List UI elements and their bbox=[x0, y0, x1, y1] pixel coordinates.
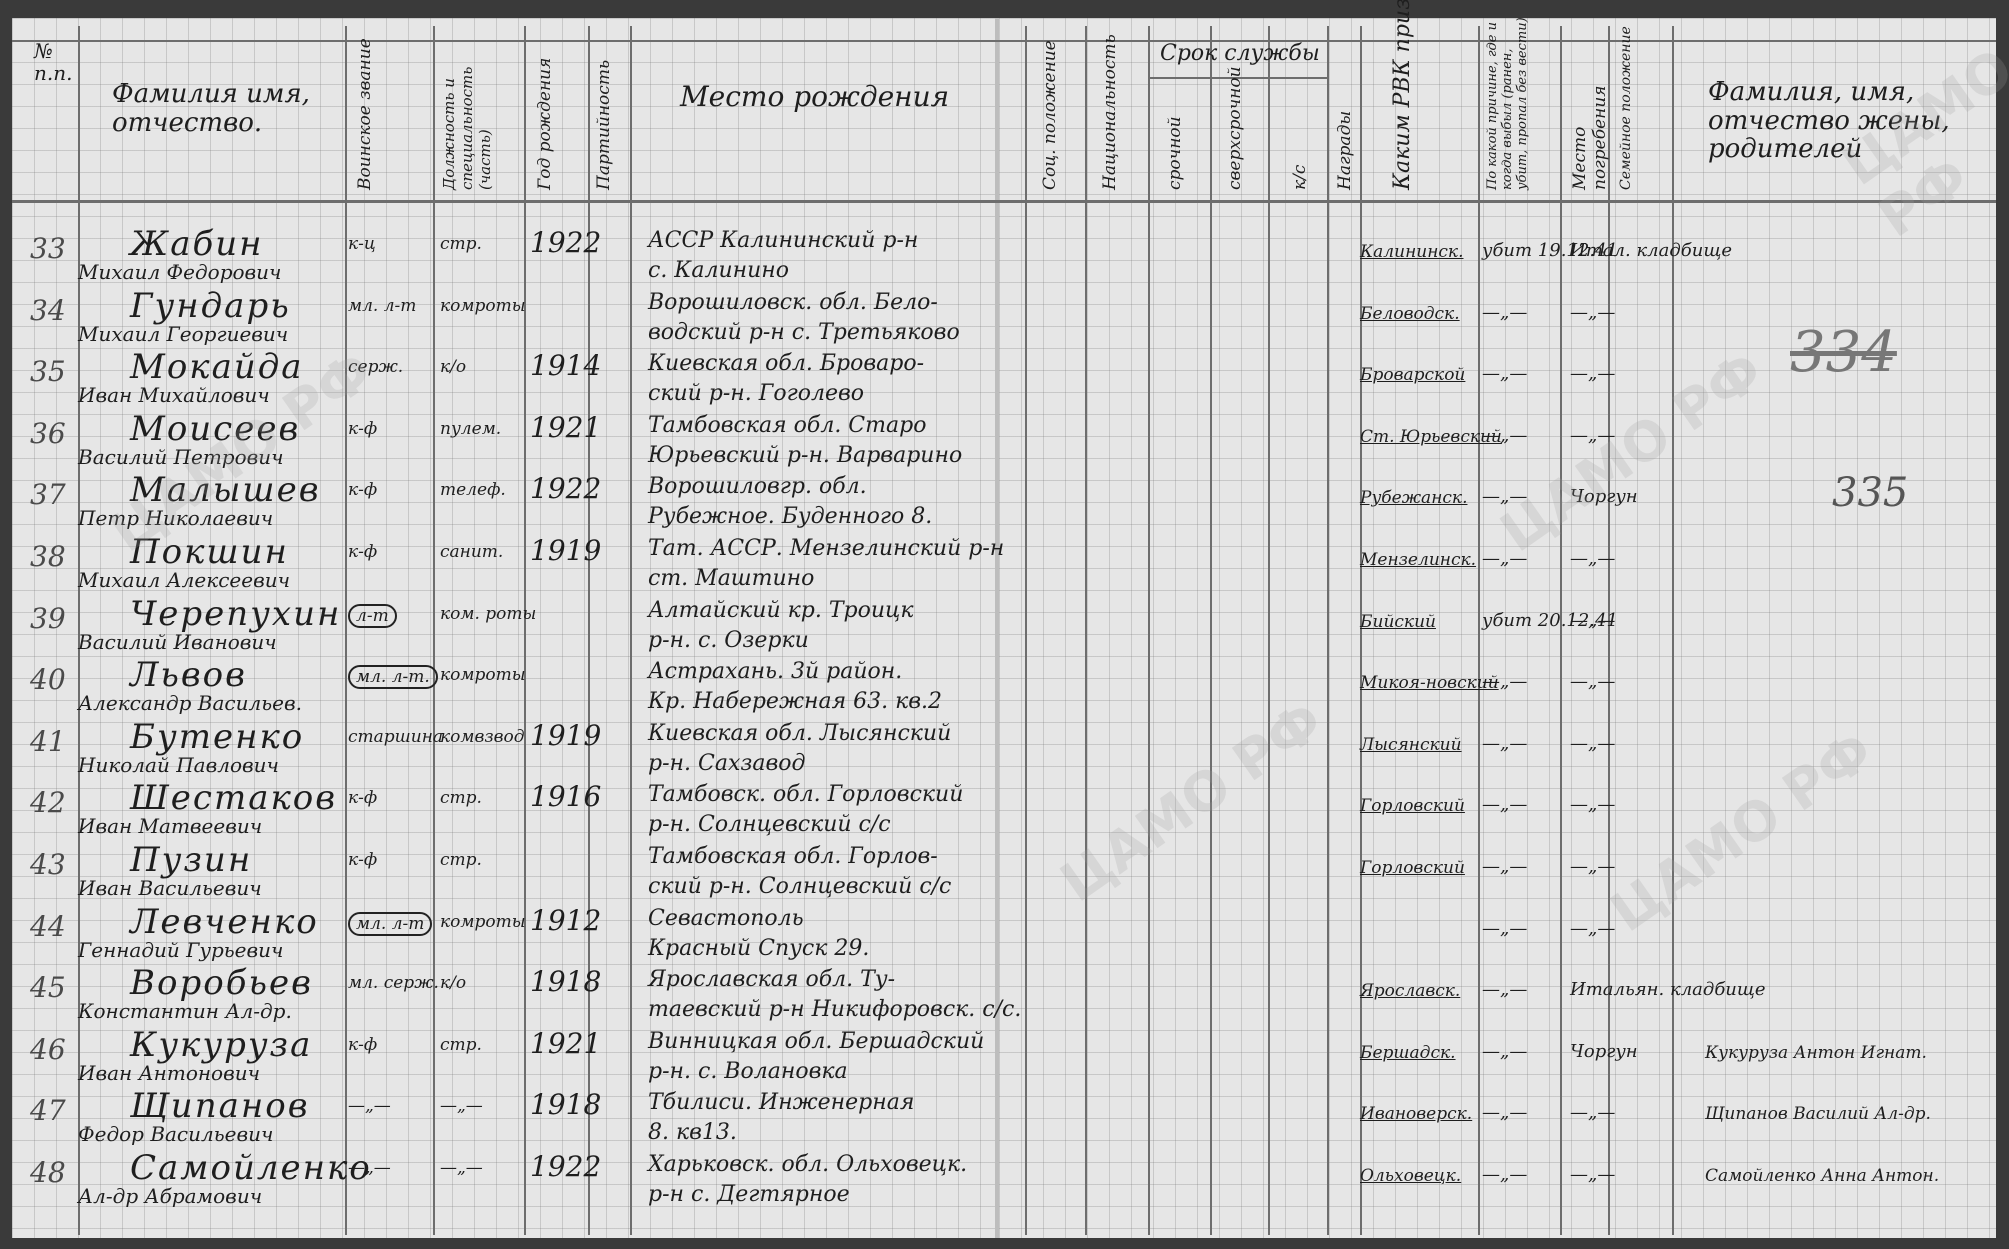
birthplace-line-2: р-н с. Дегтярное bbox=[648, 1182, 850, 1207]
birth-year: 1919 bbox=[530, 719, 601, 752]
birth-year: 1921 bbox=[530, 411, 601, 444]
position: пулем. bbox=[440, 419, 501, 439]
col-divider bbox=[524, 26, 526, 1235]
birth-year: 1922 bbox=[530, 226, 601, 259]
header-nationality: Национальность bbox=[1100, 34, 1120, 190]
position: —„— bbox=[440, 1158, 483, 1178]
birthplace-line-2: водский р-н с. Третьяково bbox=[648, 320, 960, 345]
header-birthplace: Место рождения bbox=[680, 82, 949, 113]
header-service-term: Срок службы bbox=[1160, 42, 1320, 66]
birthplace-line-2: Кр. Набережная 63. кв.2 bbox=[648, 689, 942, 714]
rvk: Микоя-новский bbox=[1360, 673, 1499, 693]
row-number: 39 bbox=[30, 602, 66, 635]
position: комвзвод bbox=[440, 727, 525, 747]
rank: к-ф bbox=[348, 1035, 377, 1055]
col-divider bbox=[1085, 26, 1087, 1235]
birth-year: 1922 bbox=[530, 1150, 601, 1183]
header-num: № п.п. bbox=[34, 40, 76, 84]
position: к/о bbox=[440, 973, 466, 993]
given-names: Геннадий Гурьевич bbox=[78, 938, 283, 962]
position: к/о bbox=[440, 357, 466, 377]
reason: —„— bbox=[1482, 979, 1527, 1000]
rank: мл. л-т. bbox=[348, 665, 438, 689]
reason: —„— bbox=[1482, 1164, 1527, 1185]
burial-place: Итальян. кладбище bbox=[1570, 979, 1766, 1000]
rvk: Рубежанск. bbox=[1360, 488, 1467, 508]
rvk: Ярославск. bbox=[1360, 981, 1460, 1001]
position: комроты bbox=[440, 665, 526, 685]
top-rule bbox=[12, 40, 1996, 42]
rvk: Бийский bbox=[1360, 612, 1436, 632]
birth-year: 1914 bbox=[530, 349, 601, 382]
birthplace-line-2: ст. Маштино bbox=[648, 566, 814, 591]
given-names: Александр Васильев. bbox=[78, 691, 302, 715]
surname: Гундарь bbox=[130, 286, 291, 326]
surname: Самойленко bbox=[130, 1148, 372, 1188]
birthplace-line-1: Севастополь bbox=[648, 906, 804, 931]
birthplace-line-2: Юрьевский р-н. Варваринo bbox=[648, 443, 962, 468]
position: стр. bbox=[440, 788, 482, 808]
surname: Кукуруза bbox=[130, 1025, 312, 1065]
reason: —„— bbox=[1482, 856, 1527, 877]
birthplace-line-2: 8. кв13. bbox=[648, 1120, 737, 1145]
reason: —„— bbox=[1482, 548, 1527, 569]
rank: л-т bbox=[348, 604, 397, 628]
position: ком. роты bbox=[440, 604, 536, 624]
burial-place: Чоргун bbox=[1570, 486, 1638, 507]
birthplace-line-2: таевский р-н Никифоровск. с/с. bbox=[648, 997, 1021, 1022]
birthplace-line-1: Ярославская обл. Ту- bbox=[648, 967, 895, 992]
given-names: Константин Ал-др. bbox=[78, 999, 292, 1023]
birthplace-line-2: Красный Спуск 29. bbox=[648, 936, 869, 961]
rvk: Лысянский bbox=[1360, 735, 1462, 755]
header-party: Партийность bbox=[594, 60, 614, 190]
given-names: Михаил Алексеевич bbox=[78, 568, 290, 592]
birthplace-line-1: Астрахань. 3й район. bbox=[648, 659, 902, 684]
rank: к-ф bbox=[348, 850, 377, 870]
header-burial: Место погребения bbox=[1570, 50, 1610, 190]
row-number: 44 bbox=[30, 910, 66, 943]
header-service-extended: сверхсрочной bbox=[1225, 66, 1245, 190]
header-name: Фамилия имя, отчество. bbox=[112, 80, 332, 137]
burial-place: —„— bbox=[1570, 733, 1615, 754]
relatives: Щипанов Василий Ал-др. bbox=[1705, 1104, 1931, 1124]
rvk: Калининск. bbox=[1360, 242, 1464, 262]
row-number: 42 bbox=[30, 786, 66, 819]
surname: Малышев bbox=[130, 470, 321, 510]
relatives: Кукуруза Антон Игнат. bbox=[1705, 1043, 1927, 1063]
surname: Бутенко bbox=[130, 717, 304, 757]
rank: к-ф bbox=[348, 788, 377, 808]
surname: Воробьев bbox=[130, 963, 313, 1003]
surname: Моисеев bbox=[130, 409, 300, 449]
given-names: Ал-др Абрамович bbox=[78, 1184, 262, 1208]
rvk: Ольховецк. bbox=[1360, 1166, 1461, 1186]
birthplace-line-1: Харьковск. обл. Ольховецк. bbox=[648, 1152, 967, 1177]
reason: —„— bbox=[1482, 794, 1527, 815]
given-names: Василий Петрович bbox=[78, 445, 284, 469]
rank: к-ф bbox=[348, 419, 377, 439]
surname: Черепухин bbox=[130, 594, 341, 634]
header-divider bbox=[12, 200, 1996, 203]
page-number-struck: 334 bbox=[1790, 320, 1897, 385]
header-rvk: Каким РВК призван bbox=[1390, 0, 1415, 190]
birthplace-line-1: Ворошиловгр. обл. bbox=[648, 474, 867, 499]
birthplace-line-2: р-н. Сахзавод bbox=[648, 751, 805, 776]
birth-year: 1912 bbox=[530, 904, 601, 937]
given-names: Михаил Федорович bbox=[78, 260, 282, 284]
reason: —„— bbox=[1482, 671, 1527, 692]
burial-place: Итал. кладбище bbox=[1570, 240, 1732, 261]
birthplace-line-2: р-н. Солнцевский с/с bbox=[648, 812, 891, 837]
burial-place: Чоргун bbox=[1570, 1041, 1638, 1062]
burial-place: —„— bbox=[1570, 302, 1615, 323]
reason: —„— bbox=[1482, 1102, 1527, 1123]
burial-place: —„— bbox=[1570, 425, 1615, 446]
birthplace-line-1: Киевская обл. Броваро- bbox=[648, 351, 924, 376]
position: санит. bbox=[440, 542, 503, 562]
surname: Щипанов bbox=[130, 1086, 310, 1126]
birth-year: 1922 bbox=[530, 472, 601, 505]
birthplace-line-1: АССР Калининский р-н bbox=[648, 228, 918, 253]
birthplace-line-1: Тамбовск. обл. Горловский bbox=[648, 782, 963, 807]
given-names: Иван Антонович bbox=[78, 1061, 260, 1085]
birthplace-line-2: р-н. с. Озерки bbox=[648, 628, 809, 653]
burial-place: —„— bbox=[1570, 856, 1615, 877]
col-divider bbox=[1478, 26, 1480, 1235]
position: комроты bbox=[440, 912, 526, 932]
given-names: Федор Васильевич bbox=[78, 1122, 273, 1146]
rvk: Бершадск. bbox=[1360, 1043, 1456, 1063]
birthplace-line-1: Тамбовская обл. Старо bbox=[648, 413, 926, 438]
col-divider bbox=[1210, 26, 1212, 1235]
header-service-ks: к/с bbox=[1290, 165, 1310, 190]
burial-place: —„— bbox=[1570, 1164, 1615, 1185]
relatives: Самойленко Анна Антон. bbox=[1705, 1166, 1939, 1186]
surname: Пузин bbox=[130, 840, 252, 880]
col-divider bbox=[1327, 26, 1329, 1235]
birthplace-line-2: Рубежное. Буденного 8. bbox=[648, 504, 932, 529]
col-divider bbox=[1268, 26, 1270, 1235]
rvk: Мензелинск. bbox=[1360, 550, 1476, 570]
col-divider bbox=[1025, 26, 1027, 1235]
given-names: Петр Николаевич bbox=[78, 506, 273, 530]
given-names: Иван Матвеевич bbox=[78, 814, 262, 838]
birthplace-line-1: Тат. АССР. Мензелинский р-н bbox=[648, 536, 1004, 561]
rvk: Ст. Юрьевский bbox=[1360, 427, 1502, 447]
reason: —„— bbox=[1482, 363, 1527, 384]
birthplace-line-2: р-н. с. Волановка bbox=[648, 1059, 848, 1084]
col-divider bbox=[1148, 26, 1150, 1235]
birthplace-line-2: ский р-н. Солнцевский с/с bbox=[648, 874, 951, 899]
reason: —„— bbox=[1482, 918, 1527, 939]
given-names: Иван Васильевич bbox=[78, 876, 262, 900]
surname: Шестаков bbox=[130, 778, 337, 818]
position: стр. bbox=[440, 234, 482, 254]
row-number: 33 bbox=[30, 232, 66, 265]
row-number: 35 bbox=[30, 355, 66, 388]
rvk: Горловский bbox=[1360, 796, 1465, 816]
rank: мл. л-т bbox=[348, 296, 416, 316]
row-number: 37 bbox=[30, 478, 66, 511]
burial-place: —„— bbox=[1570, 610, 1615, 631]
surname: Покшин bbox=[130, 532, 289, 572]
rvk: Ивановерск. bbox=[1360, 1104, 1472, 1124]
position: комроты bbox=[440, 296, 526, 316]
position: стр. bbox=[440, 1035, 482, 1055]
birthplace-line-1: Киевская обл. Лысянский bbox=[648, 721, 951, 746]
row-number: 48 bbox=[30, 1156, 66, 1189]
birth-year: 1918 bbox=[530, 965, 601, 998]
birth-year: 1921 bbox=[530, 1027, 601, 1060]
rank: —„— bbox=[348, 1158, 391, 1178]
reason: —„— bbox=[1482, 733, 1527, 754]
rank: —„— bbox=[348, 1096, 391, 1116]
header-service-regular: срочной bbox=[1165, 116, 1185, 190]
position: телеф. bbox=[440, 480, 506, 500]
position: —„— bbox=[440, 1096, 483, 1116]
header-rank: Воинское звание bbox=[355, 38, 375, 190]
row-number: 36 bbox=[30, 417, 66, 450]
header-awards: Награды bbox=[1335, 111, 1355, 190]
surname: Мокайда bbox=[130, 347, 304, 387]
surname: Львов bbox=[130, 655, 247, 695]
rank: мл. серж. bbox=[348, 973, 439, 993]
burial-place: —„— bbox=[1570, 671, 1615, 692]
row-number: 41 bbox=[30, 725, 66, 758]
row-number: 34 bbox=[30, 294, 66, 327]
col-divider bbox=[345, 26, 347, 1235]
birthplace-line-2: ский р-н. Гоголево bbox=[648, 381, 864, 406]
given-names: Николай Павлович bbox=[78, 753, 279, 777]
rank: старшина bbox=[348, 727, 443, 747]
burial-place: —„— bbox=[1570, 363, 1615, 384]
page-number: 335 bbox=[1832, 470, 1908, 516]
header-social: Соц. положение bbox=[1040, 40, 1060, 190]
rank: к-ф bbox=[348, 480, 377, 500]
col-divider bbox=[1672, 26, 1674, 1235]
col-divider bbox=[630, 26, 632, 1235]
reason: —„— bbox=[1482, 425, 1527, 446]
reason: —„— bbox=[1482, 486, 1527, 507]
birth-year: 1919 bbox=[530, 534, 601, 567]
reason: —„— bbox=[1482, 1041, 1527, 1062]
rank: к-ц bbox=[348, 234, 376, 254]
burial-place: —„— bbox=[1570, 794, 1615, 815]
row-number: 45 bbox=[30, 971, 66, 1004]
row-number: 43 bbox=[30, 848, 66, 881]
rvk: Беловодск. bbox=[1360, 304, 1460, 324]
birthplace-line-2: с. Калинино bbox=[648, 258, 789, 283]
birthplace-line-1: Винницкая обл. Бершадский bbox=[648, 1029, 984, 1054]
given-names: Михаил Георгиевич bbox=[78, 322, 288, 346]
rank: к-ф bbox=[348, 542, 377, 562]
rvk: Горловский bbox=[1360, 858, 1465, 878]
position: стр. bbox=[440, 850, 482, 870]
row-number: 38 bbox=[30, 540, 66, 573]
header-family: Семейное положение bbox=[1618, 26, 1634, 190]
header-reason: По какой причине, где и когда выбыл (ран… bbox=[1485, 15, 1530, 190]
burial-place: —„— bbox=[1570, 918, 1615, 939]
col-divider bbox=[433, 26, 435, 1235]
birthplace-line-1: Тбилиси. Инженерная bbox=[648, 1090, 914, 1115]
row-number: 46 bbox=[30, 1033, 66, 1066]
header-relatives: Фамилия, имя, отчество жены, родителей bbox=[1708, 78, 1968, 164]
birthplace-line-1: Ворошиловск. обл. Бело- bbox=[648, 290, 938, 315]
rvk: Броварской bbox=[1360, 365, 1465, 385]
header-position: Должность и специальность (часть) bbox=[440, 30, 494, 190]
rank: серж. bbox=[348, 357, 403, 377]
rank: мл. л-т bbox=[348, 912, 432, 936]
surname: Жабин bbox=[130, 224, 264, 264]
reason: —„— bbox=[1482, 302, 1527, 323]
birthplace-line-1: Алтайский кр. Троицк bbox=[648, 598, 913, 623]
row-number: 47 bbox=[30, 1094, 66, 1127]
header-birth-year: Год рождения bbox=[535, 58, 555, 190]
row-number: 40 bbox=[30, 663, 66, 696]
birth-year: 1916 bbox=[530, 780, 601, 813]
given-names: Иван Михайлович bbox=[78, 383, 270, 407]
given-names: Василий Иванович bbox=[78, 630, 277, 654]
burial-place: —„— bbox=[1570, 1102, 1615, 1123]
burial-place: —„— bbox=[1570, 548, 1615, 569]
surname: Левченко bbox=[130, 902, 319, 942]
birth-year: 1918 bbox=[530, 1088, 601, 1121]
birthplace-line-1: Тамбовская обл. Горлов- bbox=[648, 844, 938, 869]
